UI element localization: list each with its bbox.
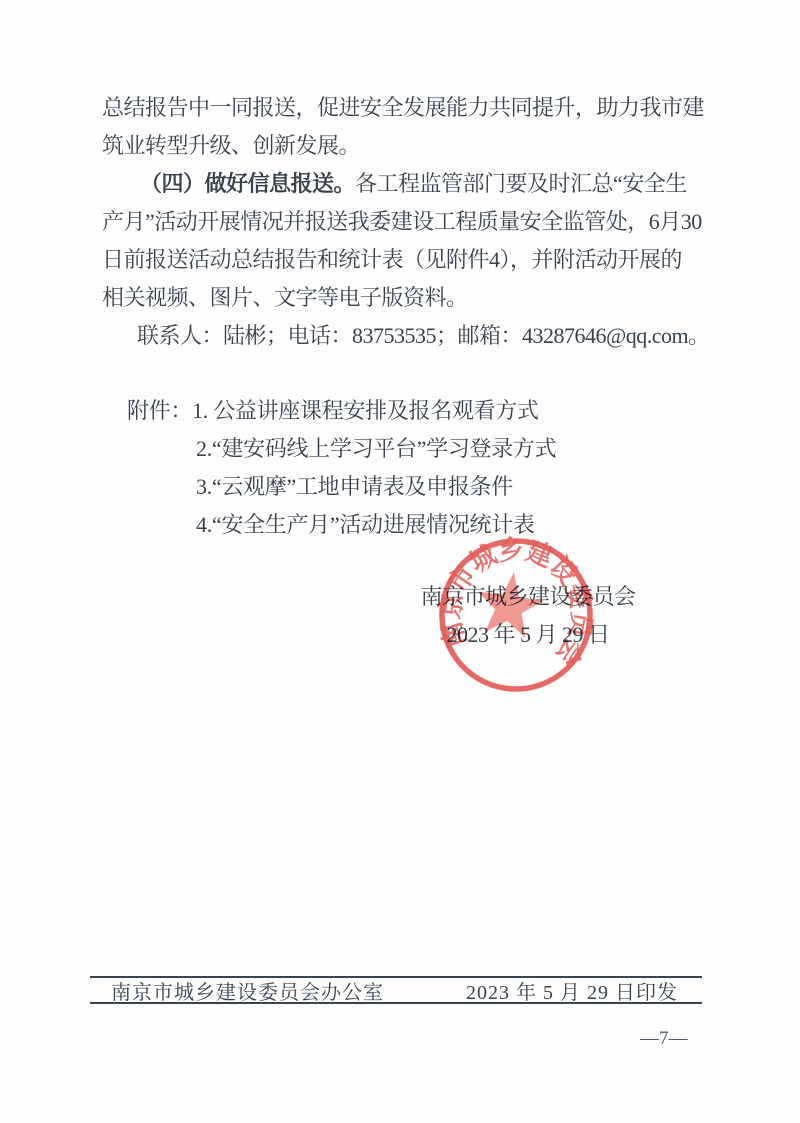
attachment-item: 附件：1. 公益讲座课程安排及报名观看方式: [102, 392, 712, 430]
body-paragraph-line: 相关视频、图片、文字等电子版资料。: [102, 279, 712, 317]
attachment-item-text: 1. 公益讲座课程安排及报名观看方式: [192, 398, 539, 423]
attachment-item: 3.“云观摩”工地申请表及申报条件: [102, 468, 712, 506]
body-paragraph-line: 产月”活动开展情况并报送我委建设工程质量安全监管处，6月30: [102, 203, 712, 241]
seal-star-icon: [472, 568, 547, 640]
body-paragraph-line: 总结报告中一同报送，促进安全发展能力共同提升，助力我市建: [102, 89, 712, 127]
body-text-block: 总结报告中一同报送，促进安全发展能力共同提升，助力我市建 筑业转型升级、创新发展…: [102, 89, 712, 355]
attachments-label: 附件：: [127, 398, 192, 423]
body-paragraph-line: 筑业转型升级、创新发展。: [102, 127, 712, 165]
footer-bar: 南京市城乡建设委员会办公室 2023 年 5 月 29 日印发: [90, 976, 702, 1004]
attachment-item: 2.“建安码线上学习平台”学习登录方式: [102, 430, 712, 468]
footer-issuer: 南京市城乡建设委员会办公室: [111, 976, 384, 1005]
body-paragraph-line: 日前报送活动总结报告和统计表（见附件4），并附活动开展的: [102, 241, 712, 279]
body-paragraph-line: （四）做好信息报送。各工程监管部门要及时汇总“安全生: [102, 165, 712, 203]
contact-line: 联系人：陆彬；电话：83753535；邮箱：43287646@qq.com。: [102, 317, 712, 355]
official-seal: 南京市城乡建设委员会: [403, 502, 629, 728]
footer-print-date: 2023 年 5 月 29 日印发: [466, 976, 678, 1005]
page-number: —7—: [640, 1026, 720, 1052]
section-heading-lead: （四）做好信息报送。: [140, 171, 355, 196]
document-page: 总结报告中一同报送，促进安全发展能力共同提升，助力我市建 筑业转型升级、创新发展…: [0, 0, 800, 1123]
attachments-list: 附件：1. 公益讲座课程安排及报名观看方式 2.“建安码线上学习平台”学习登录方…: [102, 392, 712, 544]
body-paragraph-text: 各工程监管部门要及时汇总“安全生: [355, 171, 687, 196]
